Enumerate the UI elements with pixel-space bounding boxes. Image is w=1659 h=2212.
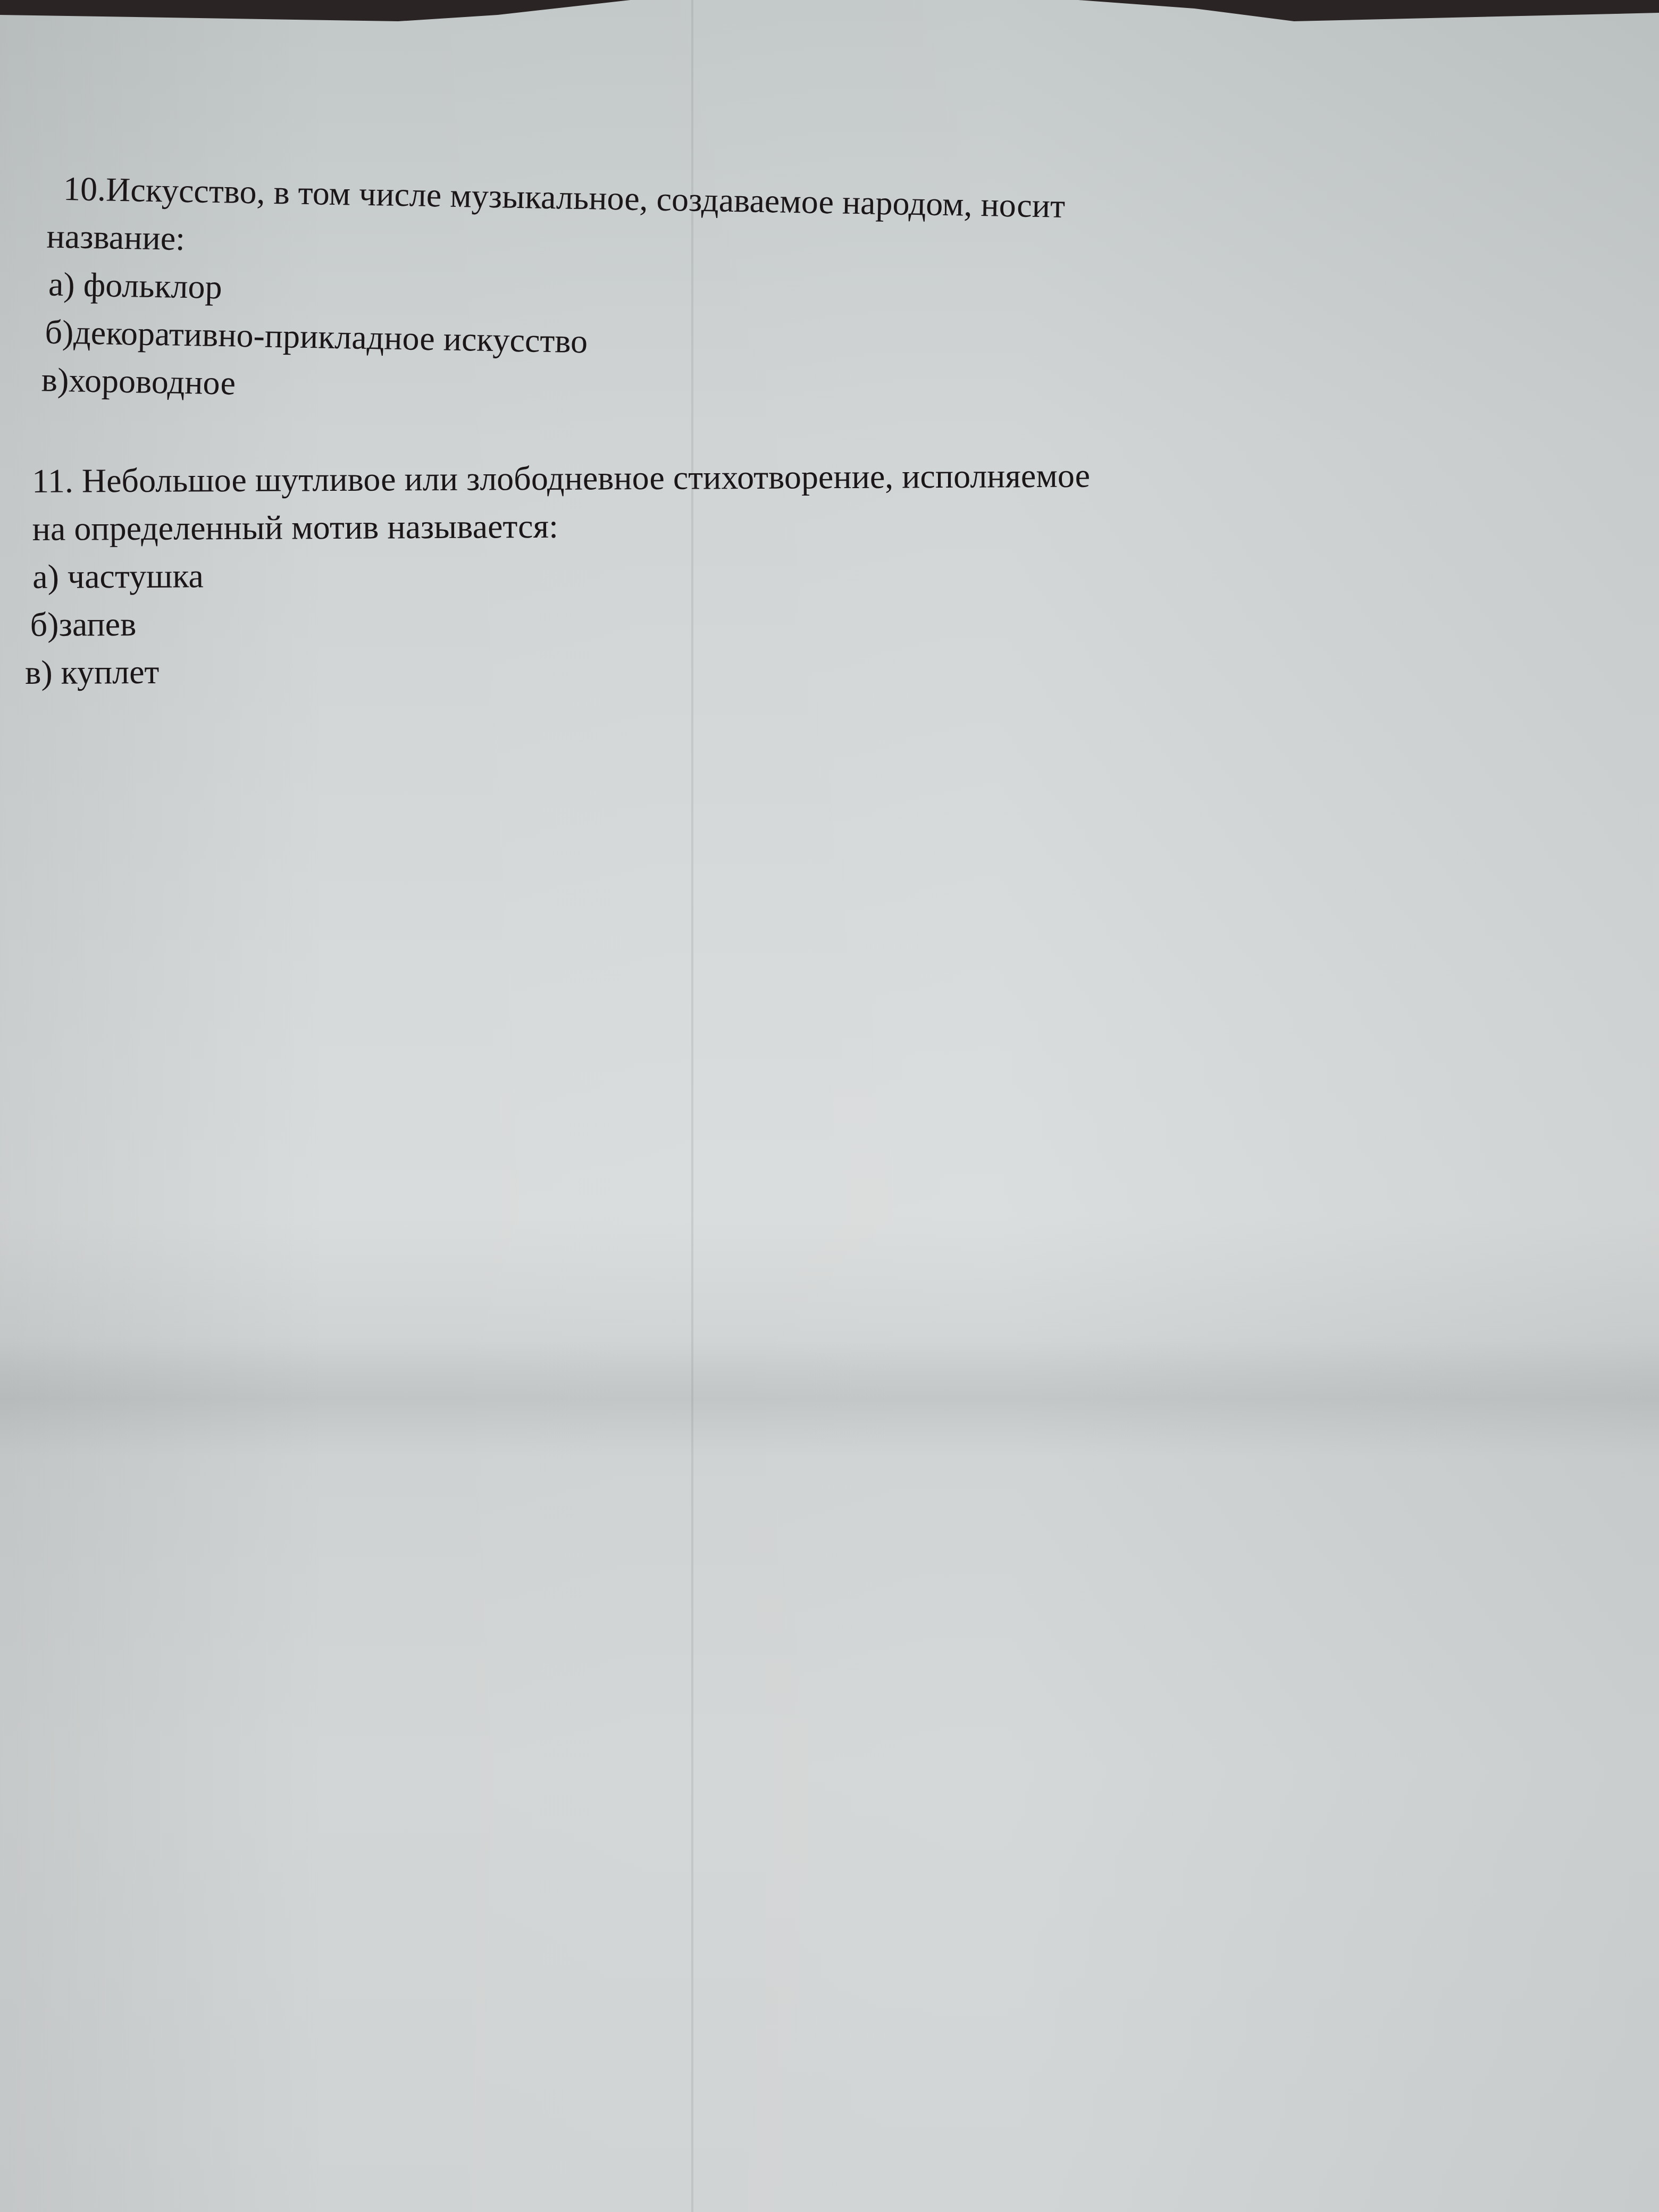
question-11-option-a: а) частушка: [32, 548, 1091, 601]
question-11-option-b: б)запев: [30, 596, 1091, 649]
question-11-title-line1: 11. Небольшое шутливое или злободневное …: [32, 457, 1090, 500]
question-11-title: 11. Небольшое шутливое или злободневное …: [32, 452, 1091, 553]
question-11-options: а) частушка б)запев в) куплет: [32, 548, 1091, 697]
question-11-title-line2: на определенный мотив называется:: [32, 502, 558, 553]
question-10-title-line2: название:: [46, 212, 186, 263]
question-10-options: а) фольклор б)декоративно-прикладное иск…: [60, 261, 1064, 422]
question-10-title: 10.Искусство, в том числе музыкальное, с…: [62, 165, 1066, 278]
question-10: 10.Искусство, в том числе музыкальное, с…: [60, 165, 1066, 422]
question-11-option-c: в) куплет: [25, 643, 1091, 697]
paper-fold-horizontal: [0, 1340, 1659, 1457]
question-11: 11. Небольшое шутливое или злободневное …: [32, 452, 1091, 697]
